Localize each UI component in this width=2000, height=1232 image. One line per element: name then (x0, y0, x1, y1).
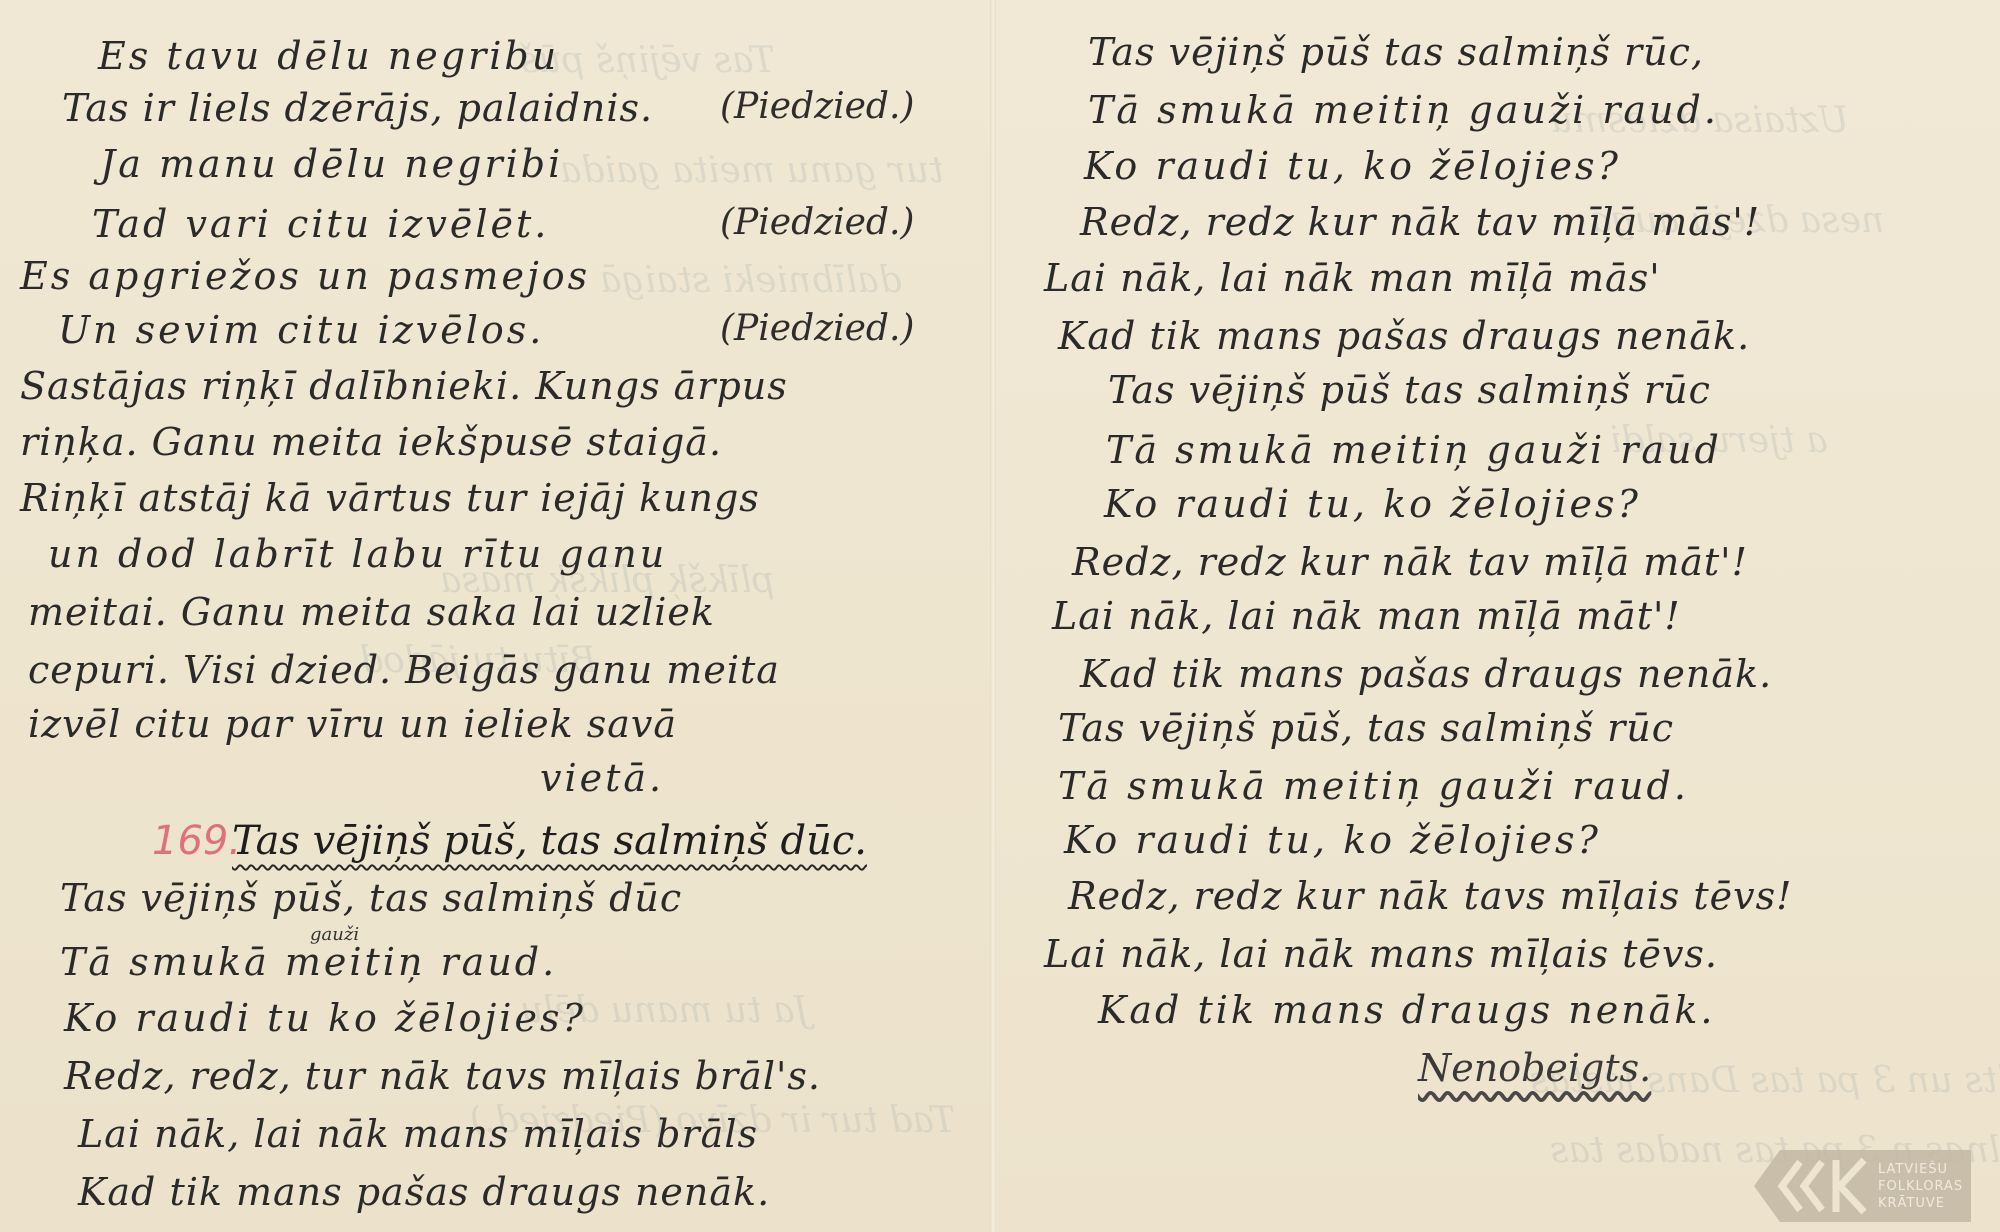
manuscript-line: Redz, redz kur nāk tav mīļā māt'! (1072, 540, 1748, 584)
manuscript-line: Tā smukā meitiņ gauži raud. (1088, 88, 1719, 132)
song-number: 169. (152, 818, 241, 864)
manuscript-line: vietā. (540, 756, 664, 800)
song-title: Tas vējiņš pūš, tas salmiņš dūc. (232, 818, 867, 864)
page-fold (990, 0, 996, 1232)
manuscript-line: Tas ir liels dzērājs, palaidnis. (62, 86, 653, 130)
manuscript-line: cepuri. Visi dzied. Beigās ganu meita (28, 648, 780, 692)
manuscript-line: Kad tik mans pašas draugs nenāk. (1058, 314, 1750, 358)
manuscript-line: Redz, redz kur nāk tav mīļā mās'! (1080, 200, 1760, 244)
manuscript-line: Tas vējiņš pūš, tas salmiņš rūc (1058, 706, 1674, 750)
manuscript-line: Es apgriežos un pasmejos (20, 254, 590, 298)
manuscript-line: Es tavu dēlu negribu (98, 34, 559, 78)
manuscript-line: Kad tik mans pašas draugs nenāk. (78, 1170, 770, 1214)
manuscript-line: Lai nāk, lai nāk mans mīļais tēvs. (1044, 932, 1718, 976)
manuscript-line: Tā smukā meitiņ gauži raud (1106, 428, 1722, 472)
manuscript-line: Lai nāk, lai nāk man mīļā mās' (1044, 256, 1661, 300)
manuscript-line: Tas vējiņš pūš tas salmiņš rūc, (1088, 30, 1704, 74)
manuscript-line: Kad tik mans pašas draugs nenāk. (1080, 652, 1772, 696)
manuscript-line: Tā smukā meitiņ raud. (60, 940, 557, 984)
manuscript-line: izvēl citu par vīru un ieliek savā (28, 702, 677, 746)
bleed-through-text: dalībnieki staigā (600, 260, 902, 301)
manuscript-line: Lai nāk, lai nāk mans mīļais brāls (78, 1112, 758, 1156)
lfk-logo-icon (1754, 1150, 1874, 1222)
manuscript-line: Riņķī atstāj kā vārtus tur iejāj kungs (20, 476, 760, 520)
unfinished-note: Nenobeigts. (1418, 1046, 1651, 1090)
manuscript-line: Sastājas riņķī dalībnieki. Kungs ārpus (20, 364, 788, 408)
refrain-note: (Piedzied.) (720, 86, 914, 127)
manuscript-line: Tas vējiņš pūš, tas salmiņš dūc (60, 876, 682, 920)
manuscript-line: un dod labrīt labu rītu ganu (48, 532, 667, 576)
watermark-logo: LATVIEŠU FOLKLORAS KRĀTUVE (1754, 1150, 1990, 1222)
manuscript-line: Tā smukā meitiņ gauži raud. (1058, 764, 1689, 808)
manuscript-line: riņķa. Ganu meita iekšpusē staigā. (20, 420, 722, 464)
manuscript-line: Redz, redz kur nāk tavs mīļais tēvs! (1068, 874, 1792, 918)
manuscript-line: Ja manu dēlu negribi (100, 142, 563, 186)
manuscript-line: Lai nāk, lai nāk man mīļā māt'! (1052, 594, 1681, 638)
bleed-through-text: tur ganu meita gaida (560, 150, 943, 191)
manuscript-line: Ko raudi tu, ko žēlojies? (1064, 818, 1601, 862)
watermark-text: LATVIEŠU FOLKLORAS KRĀTUVE (1874, 1150, 1971, 1222)
manuscript-line: Ko raudi tu, ko žēlojies? (1084, 144, 1621, 188)
manuscript-line: meitai. Ganu meita saka lai uzliek (28, 590, 715, 634)
manuscript-line: Kad tik mans draugs nenāk. (1098, 988, 1715, 1032)
manuscript-line: Tad vari citu izvēlēt. (92, 202, 549, 246)
watermark-line: LATVIEŠU (1878, 1161, 1963, 1178)
watermark-line: KRĀTUVE (1878, 1195, 1963, 1212)
watermark-line: FOLKLORAS (1878, 1178, 1963, 1195)
manuscript-line: Ko raudi tu, ko žēlojies? (1104, 482, 1641, 526)
manuscript-line: Redz, redz, tur nāk tavs mīļais brāl's. (64, 1054, 821, 1098)
refrain-note: (Piedzied.) (720, 308, 914, 349)
interlinear-gloss: gauži (310, 924, 359, 945)
refrain-note: (Piedzied.) (720, 202, 914, 243)
manuscript-line: Un sevim citu izvēlos. (58, 308, 544, 352)
manuscript-line: Tas vējiņš pūš tas salmiņš rūc (1108, 368, 1711, 412)
manuscript-line: Ko raudi tu ko žēlojies? (64, 996, 586, 1040)
